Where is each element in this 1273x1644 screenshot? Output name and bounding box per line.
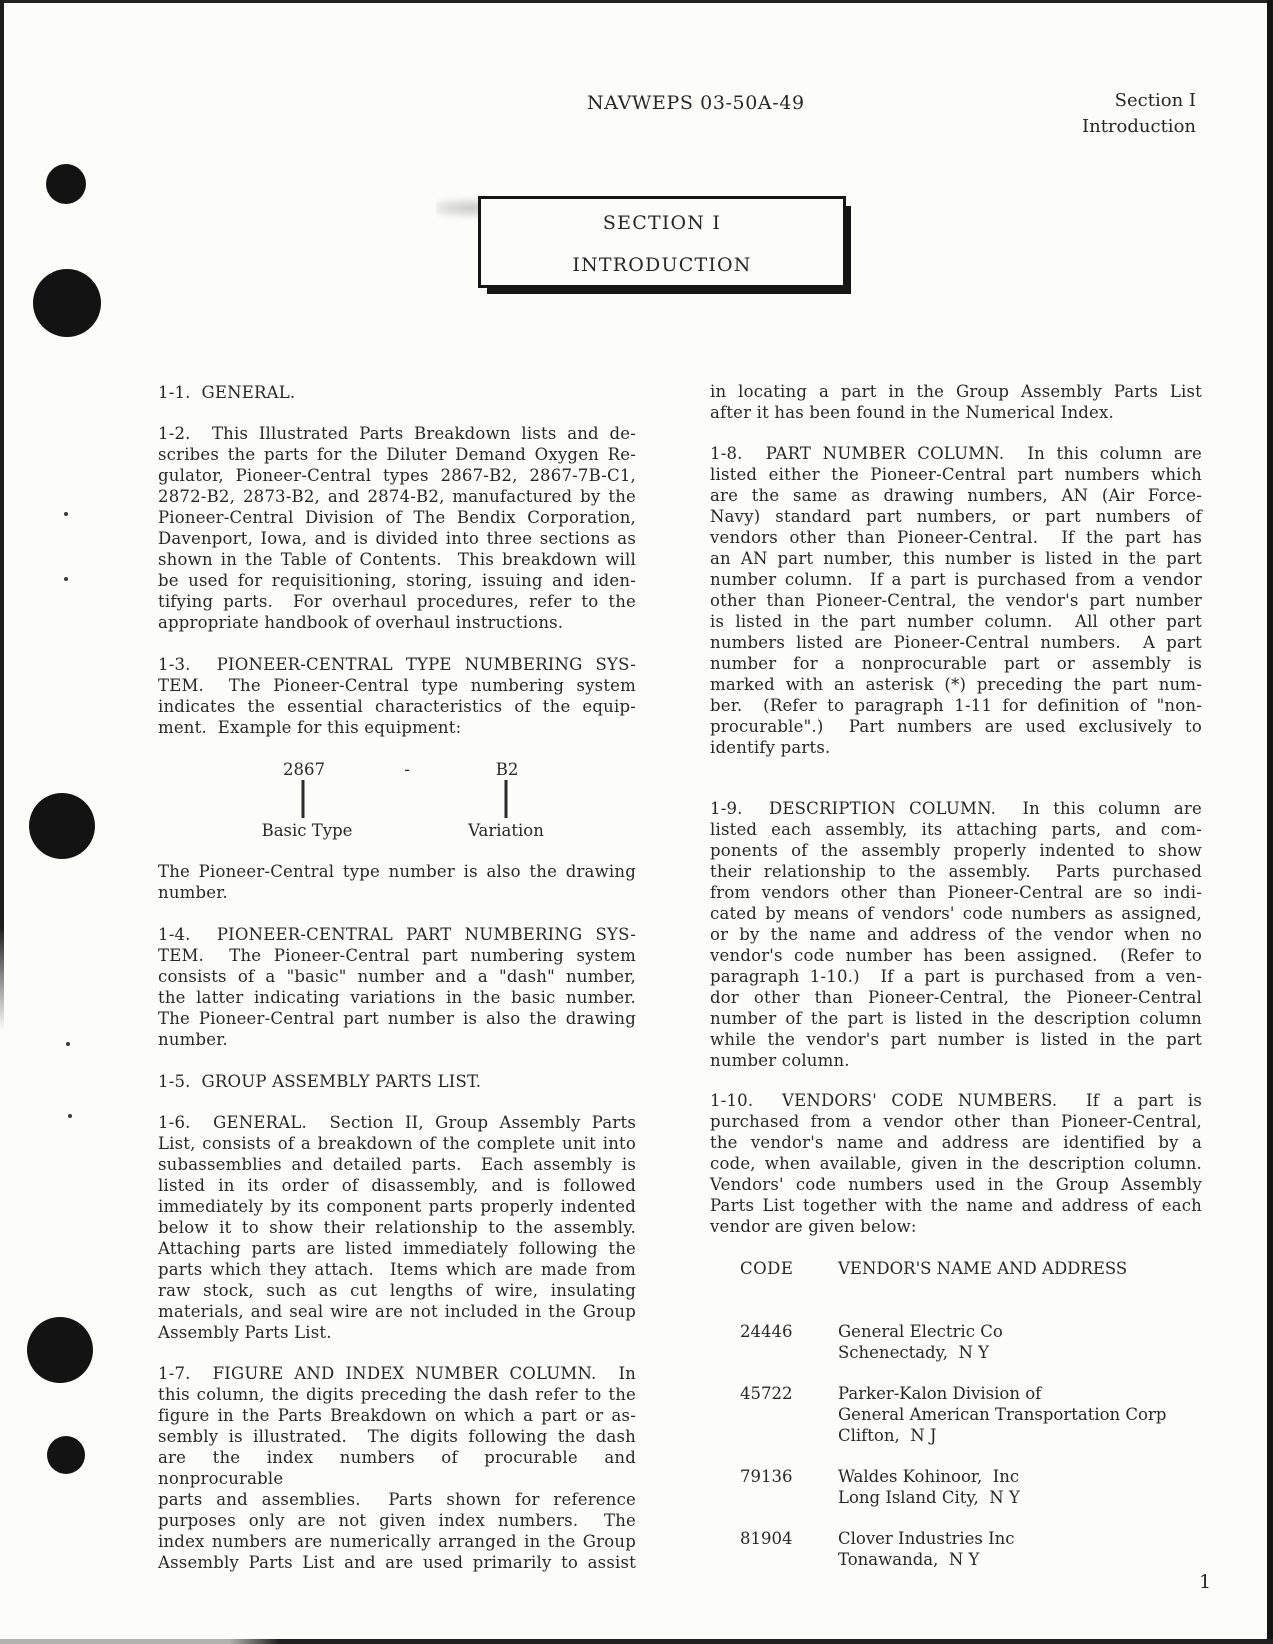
text-line: Clover Industries Inc xyxy=(838,1528,1210,1549)
text-line: an AN part number, this number is listed… xyxy=(710,548,1202,569)
text-line: Vendors' code numbers used in the Group … xyxy=(710,1174,1202,1195)
text-line: Pioneer-Central Division of The Bendix C… xyxy=(158,507,636,528)
text-line: consists of a "basic" number and a "dash… xyxy=(158,966,636,987)
text-line: gulator, Pioneer-Central types 2867-B2, … xyxy=(158,465,636,486)
text-line: are the index numbers of procurable and … xyxy=(158,1447,636,1489)
paragraph-1-7-continued: in locating a part in the Group Assembly… xyxy=(710,381,1202,423)
section-title-box: SECTION I INTRODUCTION xyxy=(478,196,846,288)
text-line: immediately by its component parts prope… xyxy=(158,1196,636,1217)
basic-type-connector-line xyxy=(302,780,305,818)
paragraph-1-2: 1-2. This Illustrated Parts Breakdown li… xyxy=(158,423,636,633)
text-line: figure in the Parts Breakdown on which a… xyxy=(158,1405,636,1426)
text-line: ber. (Refer to paragraph 1-11 for defini… xyxy=(710,695,1202,716)
text-line: be used for requisitioning, storing, iss… xyxy=(158,570,636,591)
scan-speck xyxy=(68,1114,72,1118)
vendor-code: 81904 xyxy=(740,1528,838,1570)
text-line: marked with an asterisk (*) preceding th… xyxy=(710,674,1202,695)
text-line: Schenectady, N Y xyxy=(838,1342,1210,1363)
text-line: 1-3. PIONEER-CENTRAL TYPE NUMBERING SYS- xyxy=(158,654,636,675)
paragraph-1-6: 1-6. GENERAL. Section II, Group Assembly… xyxy=(158,1112,636,1343)
text-line: 2872-B2, 2873-B2, and 2874-B2, manufactu… xyxy=(158,486,636,507)
scan-edge-bottom xyxy=(0,1639,1273,1644)
text-line: below it to show their relationship to t… xyxy=(158,1217,636,1238)
text-line: number column. If a part is purchased fr… xyxy=(710,569,1202,590)
text-line: appropriate handbook of overhaul instruc… xyxy=(158,612,636,633)
text-line: 1-7. FIGURE AND INDEX NUMBER COLUMN. In xyxy=(158,1363,636,1384)
text-line: Attaching parts are listed immediately f… xyxy=(158,1238,636,1259)
text-line: TEM. The Pioneer-Central type numbering … xyxy=(158,675,636,696)
vendor-table-rows: 24446General Electric CoSchenectady, N Y… xyxy=(740,1321,1210,1570)
paragraph-1-10: 1-10. VENDORS' CODE NUMBERS. If a part i… xyxy=(710,1090,1202,1237)
text-line: 1-10. VENDORS' CODE NUMBERS. If a part i… xyxy=(710,1090,1202,1111)
text-line: listed in its order of disassembly, and … xyxy=(158,1175,636,1196)
text-line: 1-8. PART NUMBER COLUMN. In this column … xyxy=(710,443,1202,464)
text-line: Navy) standard part numbers, or part num… xyxy=(710,506,1202,527)
text-line: code, when available, given in the descr… xyxy=(710,1153,1202,1174)
vendor-table-header: CODE VENDOR'S NAME AND ADDRESS xyxy=(740,1258,1210,1279)
page-number: 1 xyxy=(1199,1571,1211,1593)
text-line: sembly is illustrated. The digits follow… xyxy=(158,1426,636,1447)
vendor-code: 24446 xyxy=(740,1321,838,1363)
text-line: raw stock, such as cut lengths of wire, … xyxy=(158,1280,636,1301)
text-line: Assembly Parts List and are used primari… xyxy=(158,1552,636,1573)
text-line: or by the name and address of the vendor… xyxy=(710,924,1202,945)
text-line: 1-2. This Illustrated Parts Breakdown li… xyxy=(158,423,636,444)
text-line: 1-1. GENERAL. xyxy=(158,382,636,403)
text-line: parts which they attach. Items which are… xyxy=(158,1259,636,1280)
binding-hole xyxy=(29,793,95,859)
variation-number: B2 xyxy=(496,759,519,780)
text-line: indicates the essential characteristics … xyxy=(158,696,636,717)
text-line: vendors other than Pioneer-Central. If t… xyxy=(710,527,1202,548)
text-line: listed either the Pioneer-Central part n… xyxy=(710,464,1202,485)
text-line: other than Pioneer-Central, the vendor's… xyxy=(710,590,1202,611)
paragraph-1-1: 1-1. GENERAL. xyxy=(158,382,636,403)
text-line: ment. Example for this equipment: xyxy=(158,717,636,738)
vendor-code-header: CODE xyxy=(740,1258,838,1279)
text-line: dor other than Pioneer-Central, the Pion… xyxy=(710,987,1202,1008)
text-line: Assembly Parts List. xyxy=(158,1322,636,1343)
scan-edge-left xyxy=(0,0,4,1030)
vendor-row: 79136Waldes Kohinoor, IncLong Island Cit… xyxy=(740,1466,1210,1508)
section-subtitle: INTRODUCTION xyxy=(481,254,843,276)
text-line: the vendor's name and address are identi… xyxy=(710,1132,1202,1153)
text-line: while the vendor's part number is listed… xyxy=(710,1029,1202,1050)
text-line: number column. xyxy=(710,1050,1202,1071)
text-line: List, consists of a breakdown of the com… xyxy=(158,1133,636,1154)
vendor-row: 45722Parker-Kalon Division ofGeneral Ame… xyxy=(740,1383,1210,1446)
text-line: subassemblies and detailed parts. Each a… xyxy=(158,1154,636,1175)
text-line: The Pioneer-Central part number is also … xyxy=(158,1008,636,1029)
text-line: parts and assemblies. Parts shown for re… xyxy=(158,1489,636,1510)
text-line: 1-6. GENERAL. Section II, Group Assembly… xyxy=(158,1112,636,1133)
text-line: Clifton, N J xyxy=(838,1425,1210,1446)
text-line: is listed in the part number column. All… xyxy=(710,611,1202,632)
text-line: after it has been found in the Numerical… xyxy=(710,402,1202,423)
text-line: cated by means of vendors' code numbers … xyxy=(710,903,1202,924)
text-line: Waldes Kohinoor, Inc xyxy=(838,1466,1210,1487)
paragraph-type-note: The Pioneer-Central type number is also … xyxy=(158,861,636,903)
section-reference-line1: Section I xyxy=(1082,88,1196,114)
text-line: number. xyxy=(158,1029,636,1050)
vendor-code: 45722 xyxy=(740,1383,838,1446)
text-line: index numbers are numerically arranged i… xyxy=(158,1531,636,1552)
binding-hole xyxy=(27,1317,93,1383)
paragraph-1-7: 1-7. FIGURE AND INDEX NUMBER COLUMN. Int… xyxy=(158,1363,636,1573)
vendor-code: 79136 xyxy=(740,1466,838,1508)
text-line: vendor's code number has been assigned. … xyxy=(710,945,1202,966)
vendor-row: 24446General Electric CoSchenectady, N Y xyxy=(740,1321,1210,1363)
vendor-name-address: Clover Industries IncTonawanda, N Y xyxy=(838,1528,1210,1570)
vendor-row: 81904Clover Industries IncTonawanda, N Y xyxy=(740,1528,1210,1570)
text-line: Davenport, Iowa, and is divided into thr… xyxy=(158,528,636,549)
text-line: numbers listed are Pioneer-Central numbe… xyxy=(710,632,1202,653)
vendor-name-address: General Electric CoSchenectady, N Y xyxy=(838,1321,1210,1363)
text-line: 1-9. DESCRIPTION COLUMN. In this column … xyxy=(710,798,1202,819)
doc-number: NAVWEPS 03-50A-49 xyxy=(587,92,805,114)
text-line: are the same as drawing numbers, AN (Air… xyxy=(710,485,1202,506)
text-line: purposes only are not given index number… xyxy=(158,1510,636,1531)
basic-type-number: 2867 xyxy=(283,759,325,780)
paragraph-1-3: 1-3. PIONEER-CENTRAL TYPE NUMBERING SYS-… xyxy=(158,654,636,738)
text-line: identify parts. xyxy=(710,737,1202,758)
dash-separator: - xyxy=(404,759,410,780)
scan-edge-top xyxy=(0,0,1273,3)
variation-connector-line xyxy=(505,780,508,818)
text-line: General American Transportation Corp xyxy=(838,1404,1210,1425)
paragraph-1-9: 1-9. DESCRIPTION COLUMN. In this column … xyxy=(710,798,1202,1071)
text-line: Parker-Kalon Division of xyxy=(838,1383,1210,1404)
text-line: this column, the digits preceding the da… xyxy=(158,1384,636,1405)
text-line: vendor are given below: xyxy=(710,1216,1202,1237)
scan-speck xyxy=(64,577,68,581)
text-line: the latter indicating variations in the … xyxy=(158,987,636,1008)
paragraph-1-5: 1-5. GROUP ASSEMBLY PARTS LIST. xyxy=(158,1071,636,1092)
vendor-name-address: Waldes Kohinoor, IncLong Island City, N … xyxy=(838,1466,1210,1508)
text-line: Tonawanda, N Y xyxy=(838,1549,1210,1570)
text-line: 1-5. GROUP ASSEMBLY PARTS LIST. xyxy=(158,1071,636,1092)
scan-edge-right xyxy=(1267,0,1273,1644)
text-line: procurable".) Part numbers are used excl… xyxy=(710,716,1202,737)
paragraph-1-4: 1-4. PIONEER-CENTRAL PART NUMBERING SYS-… xyxy=(158,924,636,1050)
scanned-manual-page: NAVWEPS 03-50A-49 Section I Introduction… xyxy=(0,0,1273,1644)
binding-hole xyxy=(46,164,86,204)
section-title: SECTION I xyxy=(481,212,843,234)
binding-hole xyxy=(47,1436,85,1474)
text-line: number of the part is listed in the desc… xyxy=(710,1008,1202,1029)
text-line: number. xyxy=(158,882,636,903)
text-line: Parts List together with the name and ad… xyxy=(710,1195,1202,1216)
text-line: Long Island City, N Y xyxy=(838,1487,1210,1508)
section-reference: Section I Introduction xyxy=(1082,88,1196,140)
vendor-name-address: Parker-Kalon Division ofGeneral American… xyxy=(838,1383,1210,1446)
text-line: from vendors other than Pioneer-Central … xyxy=(710,882,1202,903)
scan-speck xyxy=(64,512,68,516)
binding-hole xyxy=(33,269,101,337)
text-line: scribes the parts for the Diluter Demand… xyxy=(158,444,636,465)
text-line: TEM. The Pioneer-Central part numbering … xyxy=(158,945,636,966)
text-line: listed each assembly, its attaching part… xyxy=(710,819,1202,840)
text-line: 1-4. PIONEER-CENTRAL PART NUMBERING SYS- xyxy=(158,924,636,945)
text-line: tifying parts. For overhaul procedures, … xyxy=(158,591,636,612)
text-line: purchased from a vendor other than Pione… xyxy=(710,1111,1202,1132)
text-line: The Pioneer-Central type number is also … xyxy=(158,861,636,882)
vendor-name-header: VENDOR'S NAME AND ADDRESS xyxy=(838,1258,1127,1279)
text-line: in locating a part in the Group Assembly… xyxy=(710,381,1202,402)
vendor-table: CODE VENDOR'S NAME AND ADDRESS 24446Gene… xyxy=(740,1258,1210,1590)
text-line: materials, and seal wire are not include… xyxy=(158,1301,636,1322)
text-line: their relationship to the assembly. Part… xyxy=(710,861,1202,882)
text-line: paragraph 1-10.) If a part is purchased … xyxy=(710,966,1202,987)
paragraph-1-8: 1-8. PART NUMBER COLUMN. In this column … xyxy=(710,443,1202,758)
text-line: number for a nonprocurable part or assem… xyxy=(710,653,1202,674)
text-line: shown in the Table of Contents. This bre… xyxy=(158,549,636,570)
section-reference-line2: Introduction xyxy=(1082,114,1196,140)
variation-label: Variation xyxy=(468,820,544,841)
basic-type-label: Basic Type xyxy=(262,820,353,841)
text-line: General Electric Co xyxy=(838,1321,1210,1342)
text-line: ponents of the assembly properly indente… xyxy=(710,840,1202,861)
scan-speck xyxy=(66,1042,70,1046)
